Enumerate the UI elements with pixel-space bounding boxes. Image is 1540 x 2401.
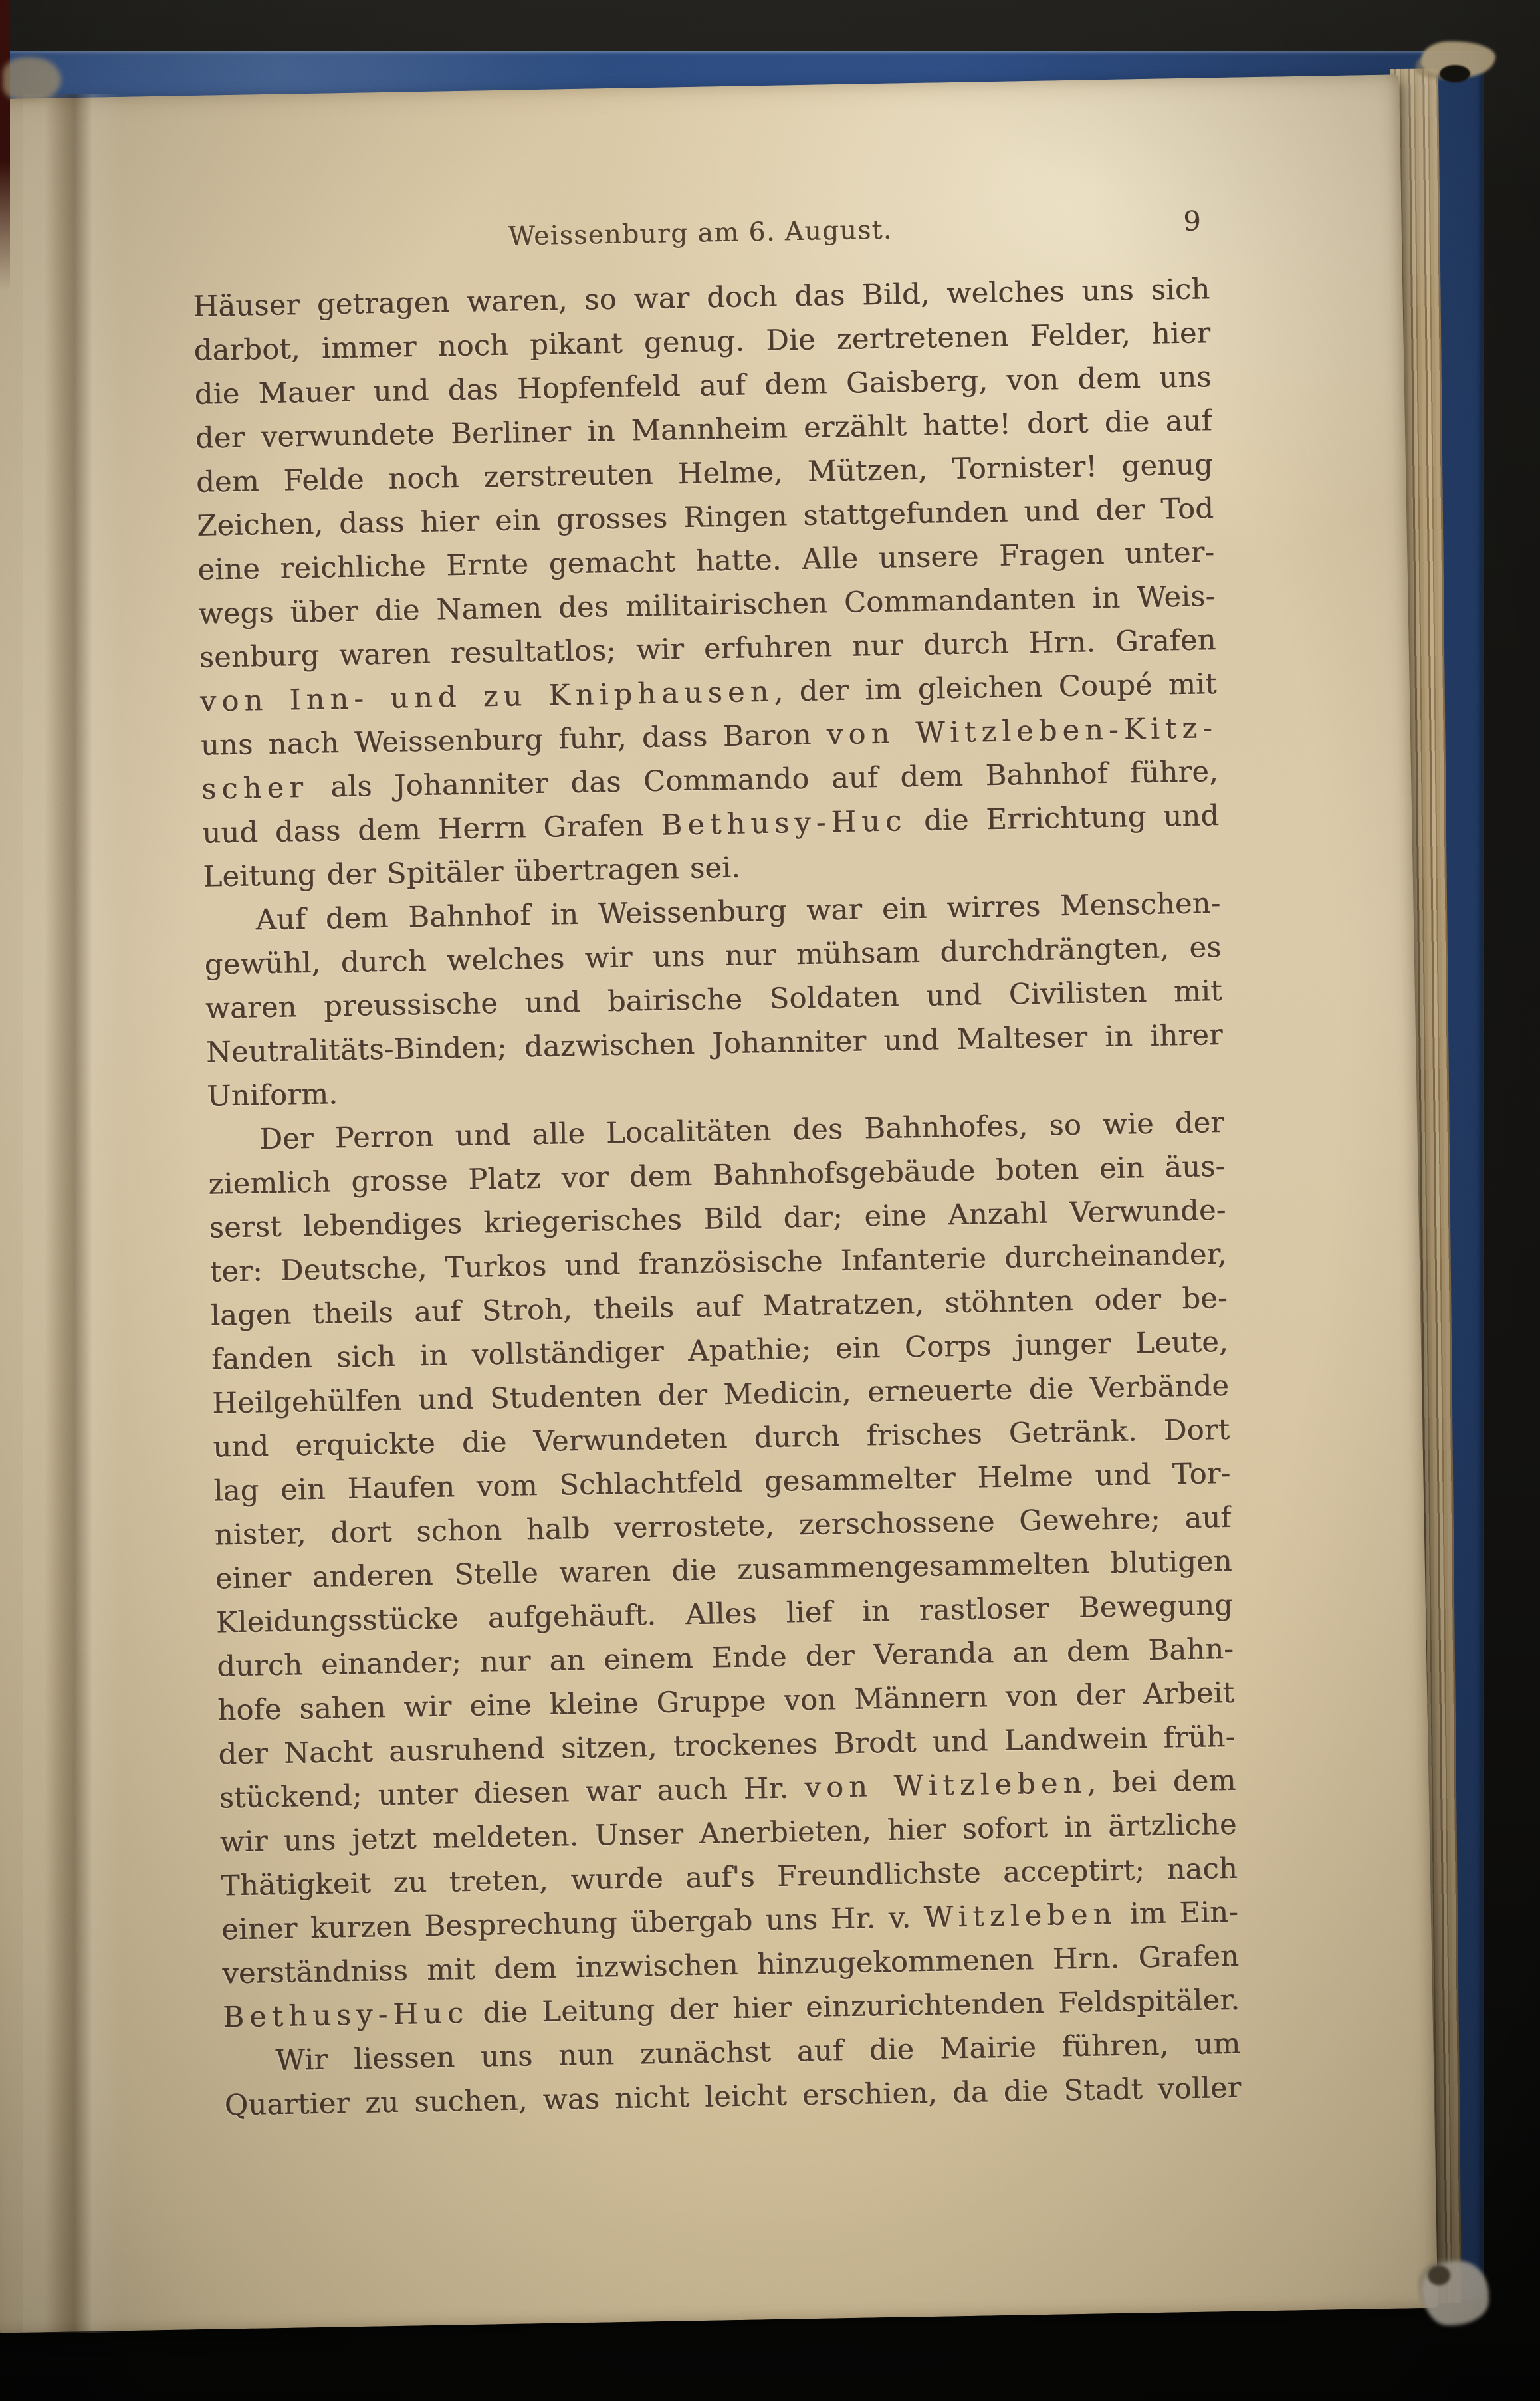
text-segment: uns nach Weissenburg fuhr, dass Baron bbox=[201, 718, 827, 762]
body-text: Häuser getragen waren, so war doch das B… bbox=[193, 267, 1242, 2127]
text-segment: im Ein- bbox=[1117, 1896, 1238, 1931]
text-segment: die Leitung der hier einzurichtenden Fel… bbox=[469, 1984, 1240, 2030]
paragraph: Auf dem Bahnhof in Weissenburg war ein w… bbox=[203, 881, 1224, 1119]
page-header-row: Weissenburg am 6. August. 9 bbox=[191, 207, 1209, 260]
letterspaced-name: Bethusy-Huc bbox=[661, 804, 907, 842]
cover-fray-spot-bottom-right bbox=[1428, 2265, 1450, 2285]
spine-edge-sliver bbox=[0, 0, 10, 291]
paragraph: Wir liessen uns nun zunächst auf die Mai… bbox=[223, 2022, 1242, 2128]
book-page: Weissenburg am 6. August. 9 Häuser getra… bbox=[0, 74, 1438, 2333]
text-segment: die Errichtung und bbox=[907, 799, 1220, 838]
letterspaced-name: scher bbox=[201, 771, 309, 806]
paragraph: Der Perron und alle Localitäten des Bahn… bbox=[207, 1101, 1240, 2039]
cover-wear-top-left bbox=[3, 57, 61, 101]
text-segment: Uniform. bbox=[207, 1078, 338, 1113]
letterspaced-name: Witzleben bbox=[923, 1898, 1117, 1934]
text-segment: Leitung der Spitäler übertragen sei. bbox=[203, 852, 740, 894]
letterspaced-name: von Inn- und zu Kniphausen bbox=[199, 675, 774, 719]
text-segment: einer kurzen Besprechung übergab uns Hr.… bbox=[221, 1901, 925, 1946]
letterspaced-name: von Witzleben bbox=[804, 1767, 1087, 1805]
text-segment: , der im gleichen Coupé mit bbox=[774, 667, 1217, 709]
page-text-block: Weissenburg am 6. August. 9 Häuser getra… bbox=[191, 207, 1242, 2127]
letterspaced-name: Bethusy-Huc bbox=[223, 1997, 469, 2034]
letterspaced-name: von Witzleben-Kitz- bbox=[826, 711, 1218, 751]
text-segment: uud dass dem Herrn Grafen bbox=[202, 809, 661, 850]
running-head: Weissenburg am 6. August. bbox=[191, 207, 1209, 260]
scanned-book-photo: Weissenburg am 6. August. 9 Häuser getra… bbox=[0, 0, 1540, 2401]
page-number: 9 bbox=[1183, 205, 1201, 237]
cover-hole-top-right bbox=[1440, 65, 1470, 82]
paragraph: Häuser getragen waren, so war doch das B… bbox=[193, 267, 1220, 899]
text-segment: , bei dem bbox=[1087, 1764, 1236, 1800]
text-segment: stückend; unter diesen war auch Hr. bbox=[219, 1772, 805, 1815]
